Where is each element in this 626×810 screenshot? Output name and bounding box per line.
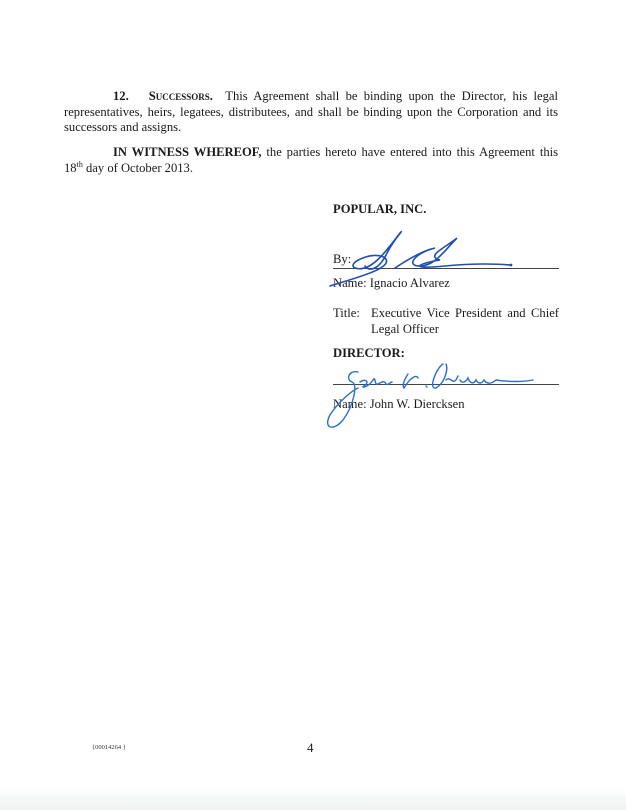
witness-lead: IN WITNESS WHEREOF, xyxy=(113,145,262,159)
company-signer-title: Title: Executive Vice President and Chie… xyxy=(333,306,559,337)
director-name: Name: John W. Diercksen xyxy=(333,397,559,413)
ordinal-suffix: th xyxy=(77,159,83,168)
company-name: POPULAR, INC. xyxy=(333,202,559,218)
director-label: DIRECTOR: xyxy=(333,346,559,362)
title-value: Executive Vice President and Chief Legal… xyxy=(371,306,559,337)
company-signature-line: By: xyxy=(333,252,559,269)
director-signature-line xyxy=(333,368,559,385)
section-heading: Successors. xyxy=(149,89,213,103)
scan-shadow xyxy=(0,788,626,810)
section-text: This Agreement shall be binding upon the… xyxy=(64,89,558,134)
page-number: 4 xyxy=(307,740,314,756)
title-label: Title: xyxy=(333,306,371,337)
by-label: By: xyxy=(333,252,351,266)
witness-date: day of October 2013. xyxy=(86,161,193,175)
section-number: 12. xyxy=(113,89,129,103)
witness-clause: IN WITNESS WHEREOF, the parties hereto h… xyxy=(64,145,558,176)
company-signer-name: Name: Ignacio Alvarez xyxy=(333,276,559,292)
document-id: {00014264 } xyxy=(92,744,126,751)
section-12-successors: 12.Successors. This Agreement shall be b… xyxy=(64,89,558,136)
